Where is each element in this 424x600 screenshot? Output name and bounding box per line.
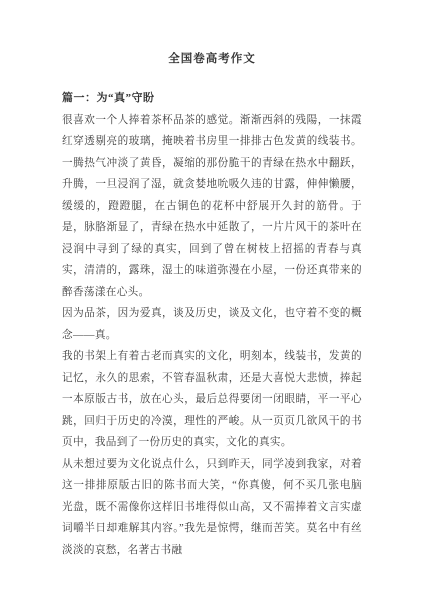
paragraph-1: 很喜欢一个人捧着茶杯品茶的感觉。渐渐西斜的残陽，一抹霞红穿透剔亮的玻璃，掩映着书… [62, 110, 362, 304]
document-page: 全国卷高考作文 篇一：为“真”守盼 很喜欢一个人捧着茶杯品茶的感觉。渐渐西斜的残… [0, 0, 424, 600]
paragraph-4: 从未想过要为文化说点什么，只到昨天，同学凌到我家，对着这一排排原版古旧的陈书而大… [62, 454, 362, 562]
paragraph-3: 我的书架上有着古老而真实的文化，明刻本，线装书，发黄的记忆，永久的思索，不管春温… [62, 346, 362, 454]
paragraph-2: 因为品茶，因为爱真，谈及历史，谈及文化，也守着不变的概念——真。 [62, 303, 362, 346]
document-title: 全国卷高考作文 [62, 52, 362, 66]
essay-body: 很喜欢一个人捧着茶杯品茶的感觉。渐渐西斜的残陽，一抹霞红穿透剔亮的玻璃，掩映着书… [62, 110, 362, 562]
essay-heading: 篇一：为“真”守盼 [62, 88, 362, 110]
